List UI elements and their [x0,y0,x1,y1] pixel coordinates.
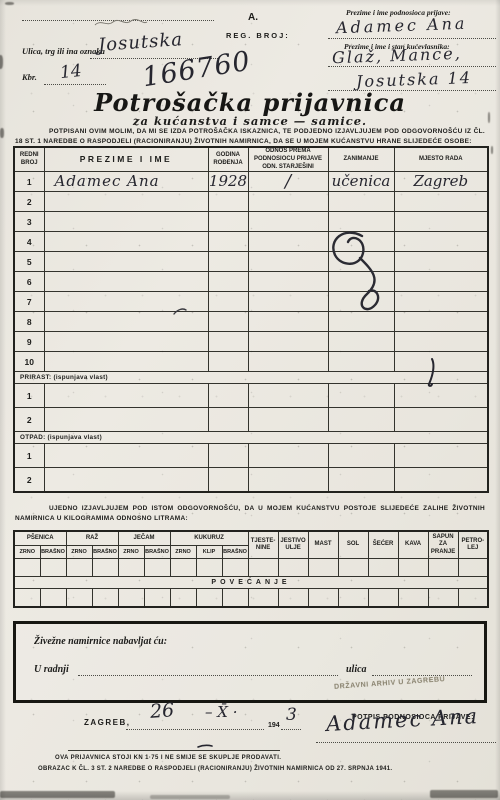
scan-artifact [0,791,115,798]
supply-cell [368,589,398,608]
scan-artifact [491,146,493,154]
person-name-cell [44,192,208,212]
stray-ink-mark [172,306,188,316]
scanned-form-page: Ulica, trg ili ina oznaka Josutska Kbr. … [0,0,500,800]
supply-cell [92,589,118,608]
prirast-row: 2 [14,408,488,432]
header-odnos: ODNOS PREMA PODNOSIOCU PRIJAVE ODN. STAR… [248,147,328,172]
street-handwritten-value: Josutska [97,29,183,56]
prirast-cell [328,384,394,408]
person-row: 1 Adamec Ana 1928 / učenica Zagreb [14,172,488,192]
otpad-cell [208,444,248,468]
date-line [126,729,264,730]
scan-artifact [0,55,3,69]
person-name-cell [44,212,208,232]
person-occupation-cell [328,192,394,212]
street-label: Ulica, trg ili ina oznaka [22,46,105,56]
supply-cell [428,589,458,608]
year-printed: 194 [268,722,280,729]
person-place-cell [394,332,488,352]
supply-cell [338,559,368,577]
date-day-handwritten: 26 [149,699,175,723]
col-petrolej: PETRO-LEJ [458,531,488,559]
supply-cell [398,559,428,577]
sub-zrno: ZRNO [170,546,196,559]
prirast-rows: 1 2 [14,384,488,432]
shop-street-line [372,675,472,676]
prirast-section: PRIRAST: (ispunjava vlast) [14,372,488,384]
group-kukuruz: KUKURUZ [170,531,248,546]
prirast-cell [394,384,488,408]
group-jecam: JEČAM [118,531,170,546]
person-year-cell [208,312,248,332]
form-title: Potrošačka prijavnica [0,88,500,117]
year-digit-handwritten: 3 [286,705,297,725]
person-row-number: 10 [14,352,44,372]
person-year-cell [208,292,248,312]
col-tjestenine: TJESTE-NINE [248,531,278,559]
person-relation-cell [248,232,328,252]
person-year-cell [208,272,248,292]
person-name-cell [44,272,208,292]
otpad-rows: 1 2 [14,444,488,493]
supply-cell [278,589,308,608]
supply-cell [92,559,118,577]
supply-cell [338,589,368,608]
applicant-handwritten-value: Adamec Ana [336,14,468,38]
supply-cell [248,559,278,577]
sub-zrno: ZRNO [118,546,144,559]
supplies-declaration-text: UJEDNO IZJAVLJUJEM POD ISTOM ODGOVORNOŠĆ… [15,504,485,524]
prirast-row-number: 2 [14,408,44,432]
sub-zrno: ZRNO [66,546,92,559]
reg-number-handwritten-value: 166760 [140,46,253,94]
group-psenica: PŠENICA [14,531,66,546]
pencil-scribble-mark [92,16,150,30]
sub-klip: KLIP [196,546,222,559]
ink-flourish-mark [322,228,394,320]
supplies-table: PŠENICA RAŽ JEČAM KUKURUZ TJESTE-NINE JE… [13,530,489,608]
supply-cell [118,559,144,577]
prirast-cell [248,408,328,432]
otpad-cell [248,444,328,468]
person-place-cell [394,292,488,312]
declaration-text: POTPISANI OVIM MOLIM, DA MI SE IZDA POTR… [15,127,485,147]
person-row: 2 [14,192,488,212]
person-row-number: 6 [14,272,44,292]
person-name-cell [44,252,208,272]
street-word-label: ulica [346,664,367,675]
supplies-empty-row [14,559,488,577]
person-year-cell [208,252,248,272]
person-relation-cell [248,292,328,312]
form-subtitle: za kućanstva i samce — samice. [0,114,500,128]
otpad-row: 2 [14,468,488,493]
person-relation-cell [248,252,328,272]
header-godina-rodjenja: GODINA ROĐENJA [208,147,248,172]
person-row-number: 5 [14,252,44,272]
person-occupation-cell [328,352,394,372]
owner-address-handwritten-value: Josutska 14 [356,68,472,91]
shop-box-line1: Živežne namirnice nabavljat ću: [34,636,167,647]
person-place-cell: Zagreb [394,172,488,192]
scan-artifact [488,112,490,123]
supply-cell [170,589,196,608]
supply-cell [308,559,338,577]
date-month-handwritten: – X̄ · [205,703,237,721]
supply-cell [398,589,428,608]
person-place-cell [394,352,488,372]
supply-cell [40,559,66,577]
scan-artifact [0,128,4,138]
otpad-row-number: 2 [14,468,44,493]
supply-cell [66,589,92,608]
person-row-number: 7 [14,292,44,312]
person-relation-cell [248,272,328,292]
supply-cell [118,589,144,608]
otpad-cell [328,444,394,468]
otpad-cell [208,468,248,493]
otpad-band-label: OTPAD: (ispunjava vlast) [14,432,488,444]
person-row: 10 [14,352,488,372]
person-place-cell [394,192,488,212]
prirast-band-label: PRIRAST: (ispunjava vlast) [14,372,488,384]
person-place-cell [394,312,488,332]
ink-hook-mark [424,356,438,388]
person-year-cell [208,192,248,212]
person-place-cell [394,232,488,252]
person-occupation-cell: učenica [328,172,394,192]
person-relation-cell [248,352,328,372]
archive-stamp: DRŽAVNI ARHIV U ZAGREBU [334,676,446,691]
supply-cell [196,559,222,577]
prirast-cell [328,408,394,432]
scan-artifact [150,795,230,799]
header-zanimanje: ZANIMANJE [328,147,394,172]
supply-cell [14,589,40,608]
prirast-cell [44,408,208,432]
person-row-number: 3 [14,212,44,232]
person-relation-cell [248,212,328,232]
prirast-cell [208,408,248,432]
house-number-label: Kbr. [22,72,37,82]
supply-cell [170,559,196,577]
povecanje-band: POVEĆANJE [14,577,488,589]
person-place-cell [394,252,488,272]
otpad-row-number: 1 [14,444,44,468]
otpad-section: OTPAD: (ispunjava vlast) [14,432,488,444]
person-row-number: 8 [14,312,44,332]
supply-cell [368,559,398,577]
otpad-cell [394,444,488,468]
supply-cell [458,589,488,608]
prirast-cell [44,384,208,408]
group-raz: RAŽ [66,531,118,546]
col-sapun: SAPUN ZA PRANJE [428,531,458,559]
supply-cell [308,589,338,608]
shop-line-prefix: U radnji [34,664,69,675]
persons-table-header: REDNI BROJ PREZIME I IME GODINA ROĐENJA … [14,147,488,172]
person-row-number: 1 [14,172,44,192]
prirast-cell [248,384,328,408]
otpad-cell [248,468,328,493]
supply-cell [278,559,308,577]
signature-line [316,742,496,743]
prirast-row: 1 [14,384,488,408]
person-row: 9 [14,332,488,352]
year-line [281,729,301,730]
person-place-cell [394,212,488,232]
supplies-table-header: PŠENICA RAŽ JEČAM KUKURUZ TJESTE-NINE JE… [14,531,488,559]
supply-cell [196,589,222,608]
otpad-cell [44,468,208,493]
prirast-row-number: 1 [14,384,44,408]
col-kava: KAVA [398,531,428,559]
person-year-cell: 1928 [208,172,248,192]
person-row-number: 2 [14,192,44,212]
person-relation-cell [248,312,328,332]
sub-brasno: BRAŠNO [40,546,66,559]
header-mjesto-rada: MJESTO RADA [394,147,488,172]
person-relation-cell: / [248,172,328,192]
person-name-cell [44,352,208,372]
col-sol: SOL [338,531,368,559]
person-relation-cell [248,332,328,352]
supply-cell [144,559,170,577]
person-year-cell [208,352,248,372]
supply-cell [222,589,248,608]
supply-cell [428,559,458,577]
sub-brasno: BRAŠNO [92,546,118,559]
supply-cell [248,589,278,608]
supplies-body: POVEĆANJE [14,559,488,608]
scan-artifact [430,790,498,798]
person-place-cell [394,272,488,292]
reg-number-label: REG. BROJ: [226,31,290,40]
signature-handwritten: Adamec Ana [325,704,479,736]
persons-rows: 1 Adamec Ana 1928 / učenica Zagreb 2 [14,172,488,372]
person-row-number: 9 [14,332,44,352]
applicant-line [328,38,496,39]
person-name-cell: Adamec Ana [44,172,208,192]
house-number-handwritten-value: 14 [59,61,83,83]
city-label: ZAGREB, [84,718,131,727]
otpad-cell [394,468,488,493]
sub-zrno: ZRNO [14,546,40,559]
col-jestivo-ulje: JESTIVO ULJE [278,531,308,559]
header-redni-broj: REDNI BROJ [14,147,44,172]
form-letter: A. [248,12,258,23]
person-year-cell [208,332,248,352]
person-occupation-cell [328,332,394,352]
stray-dash-mark [196,742,214,750]
person-row: 5 [14,252,488,272]
sub-brasno: BRAŠNO [144,546,170,559]
col-mast: MAST [308,531,338,559]
col-secer: ŠEĆER [368,531,398,559]
person-name-cell [44,332,208,352]
person-year-cell [208,212,248,232]
shop-name-line [78,675,338,676]
regulation-note: OBRAZAC K ČL. 3 ST. 2 NAREDBE O RASPODJE… [38,766,392,772]
otpad-row: 1 [14,444,488,468]
supply-cell [66,559,92,577]
prirast-cell [394,408,488,432]
otpad-cell [328,468,394,493]
supply-cell [222,559,248,577]
supply-cell [458,559,488,577]
person-row: 8 [14,312,488,332]
person-row-number: 4 [14,232,44,252]
owner-handwritten-value: Glaž, Mance, [332,44,462,68]
persons-table: REDNI BROJ PREZIME I IME GODINA ROĐENJA … [13,146,489,493]
person-relation-cell [248,192,328,212]
supply-cell [40,589,66,608]
person-row: 3 [14,212,488,232]
shop-box: Živežne namirnice nabavljat ću: U radnji… [13,621,487,703]
supply-cell [14,559,40,577]
person-year-cell [208,232,248,252]
separator-rule [68,750,280,751]
otpad-cell [44,444,208,468]
scan-artifact [5,2,14,5]
supplies-empty-row [14,589,488,608]
prirast-cell [208,384,248,408]
person-name-cell [44,232,208,252]
supply-cell [144,589,170,608]
person-row: 6 [14,272,488,292]
price-note: OVA PRIJAVNICA STOJI KN 1·75 I NE SMIJE … [55,755,281,761]
header-prezime-ime: PREZIME I IME [44,147,208,172]
sub-brasno: BRAŠNO [222,546,248,559]
person-row: 4 [14,232,488,252]
person-row: 7 [14,292,488,312]
house-number-line [44,84,106,85]
